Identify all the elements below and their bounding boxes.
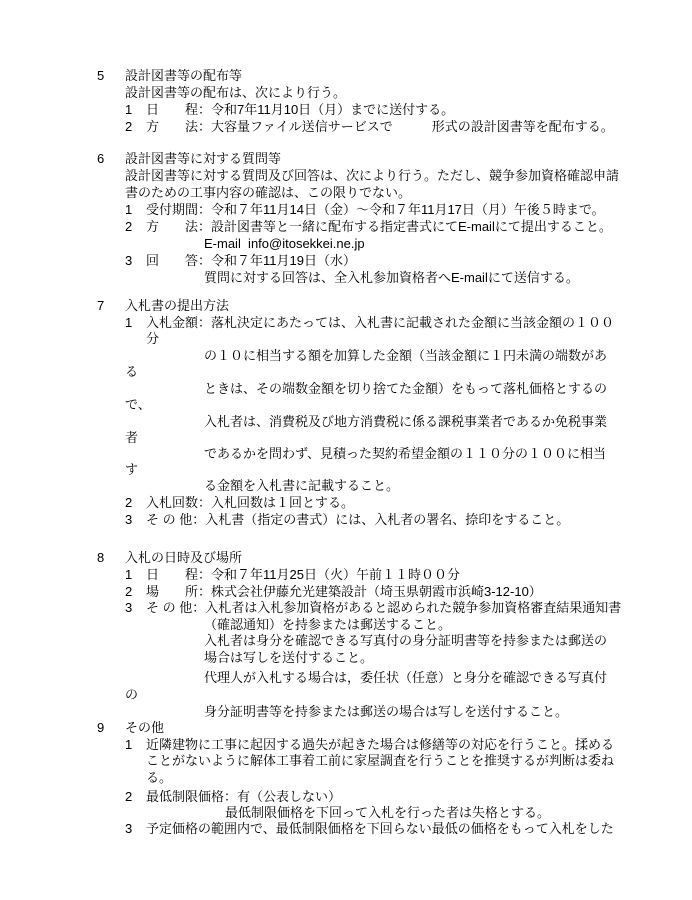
document-line: の１０に相当する額を加算した金額（当該金額に１円未満の端数があ (0, 348, 692, 365)
text-segment: 方 法：大容量ファイル送信サービスで 形式の設計図書等を配布する。 (146, 119, 614, 135)
text-segment: そ の 他：入札書（指定の書式）には、入札者の署名、捺印をすること。 (146, 512, 569, 528)
document-line: る (0, 364, 692, 381)
text-segment: 7 (97, 298, 104, 314)
document-line: 1日 程：令和7年11月10日（月）までに送付する。 (0, 102, 692, 119)
document-line: 設計図書等に対する質問及び回答は、次により行う。ただし、競争参加資格確認申請 (0, 168, 692, 185)
document-line: 書のための工事内容の確認は、この限りでない。 (0, 185, 692, 202)
document-line: （確認通知）を持参または郵送すること。 (0, 617, 692, 634)
document-line: 7入札書の提出方法 (0, 298, 692, 315)
document-line: 分 (0, 331, 692, 348)
text-segment: であるかを問わず、見積った契約希望金額の１１０分の１００に相当 (204, 446, 606, 462)
document-line: 入札者は身分を確認できる写真付の身分証明書等を持参または郵送の (0, 633, 692, 650)
text-segment: 3 (125, 600, 132, 616)
text-segment: 8 (97, 550, 104, 566)
document-line: 2入札回数：入札回数は１回とする。 (0, 495, 692, 512)
text-segment: 場合は写しを送付すること。 (204, 650, 373, 666)
document-line: 3回 答：令和７年11月19日（水） (0, 253, 692, 270)
text-segment: で、 (125, 397, 151, 413)
document-line: ときは、その端数金額を切り捨てた金額）をもって落札価格とするの (0, 381, 692, 398)
text-segment: の (125, 687, 138, 703)
text-segment: 3 (125, 512, 132, 528)
text-segment: 6 (97, 151, 104, 167)
text-segment: 9 (97, 720, 104, 736)
text-segment: 設計図書等の配布は、次により行う。 (125, 85, 346, 101)
document-line: 1受付期間：令和７年11月14日（金）～令和７年11月17日（月）午後５時まで。 (0, 202, 692, 219)
text-segment: 書のための工事内容の確認は、この限りでない。 (125, 185, 411, 201)
text-segment: E-mail info@itosekkei.ne.jp (204, 236, 365, 252)
text-segment: 2 (125, 584, 132, 600)
document-line: 2方 法：大容量ファイル送信サービスで 形式の設計図書等を配布する。 (0, 119, 692, 136)
text-segment: す (125, 462, 138, 478)
text-segment: 近隣建物に工事に起因する過失が起きた場合は修繕等の対応を行うこと。揉める (146, 737, 614, 753)
document-page: 5設計図書等の配布等設計図書等の配布は、次により行う。1日 程：令和7年11月1… (0, 0, 692, 900)
text-segment: 入札回数：入札回数は１回とする。 (146, 495, 354, 511)
document-line: 最低制限価格を下回って入札を行った者は失格とする。 (0, 805, 692, 822)
text-segment: 設計図書等の配布等 (125, 68, 242, 84)
document-line: E-mail info@itosekkei.ne.jp (0, 236, 692, 253)
document-line: 1日 程：令和７年11月25日（火）午前１１時００分 (0, 567, 692, 584)
text-segment: 2 (125, 119, 132, 135)
document-line: 8入札の日時及び場所 (0, 550, 692, 567)
text-segment: ことがないように解体工事着工前に家屋調査を行うことを推奨するが判断は委ね (146, 753, 614, 769)
document-line: 設計図書等の配布は、次により行う。 (0, 85, 692, 102)
text-segment: 設計図書等に対する質問及び回答は、次により行う。ただし、競争参加資格確認申請 (125, 168, 619, 184)
document-line: 1近隣建物に工事に起因する過失が起きた場合は修繕等の対応を行うこと。揉める (0, 737, 692, 754)
document-line: で、 (0, 397, 692, 414)
document-line: ことがないように解体工事着工前に家屋調査を行うことを推奨するが判断は委ね (0, 753, 692, 770)
document-line: の (0, 687, 692, 704)
document-line: 3予定価格の範囲内で、最低制限価格を下回らない最低の価格をもって入札をした (0, 821, 692, 838)
text-segment: 1 (125, 102, 132, 118)
text-segment: 1 (125, 202, 132, 218)
text-segment: 予定価格の範囲内で、最低制限価格を下回らない最低の価格をもって入札をした (146, 821, 614, 837)
document-line: 代理人が入札する場合は，委任状（任意）と身分を確認できる写真付 (0, 670, 692, 687)
document-line: 5設計図書等の配布等 (0, 68, 692, 85)
text-segment: る金額を入札書に記載すること。 (204, 478, 399, 494)
text-segment: 日 程：令和７年11月25日（火）午前１１時００分 (146, 567, 460, 583)
text-segment: の１０に相当する額を加算した金額（当該金額に１円未満の端数があ (204, 348, 607, 364)
text-segment: そ の 他：入札者は入札参加資格があると認められた競争参加資格審査結果通知書 (146, 600, 621, 616)
text-segment: 代理人が入札する場合は，委任状（任意）と身分を確認できる写真付 (204, 670, 607, 686)
text-segment: 5 (97, 68, 104, 84)
text-segment: 質問に対する回答は、全入札参加資格者へE-mailにて送信する。 (204, 270, 579, 286)
text-segment: 日 程：令和7年11月10日（月）までに送付する。 (146, 102, 454, 118)
text-segment: ときは、その端数金額を切り捨てた金額）をもって落札価格とするの (204, 381, 607, 397)
text-segment: 方 法：設計図書等と一緒に配布する指定書式にてE-mailにて提出すること。 (146, 219, 612, 235)
text-segment: 2 (125, 219, 132, 235)
text-segment: 分 (146, 331, 159, 347)
text-segment: 入札書の提出方法 (125, 298, 229, 314)
text-segment: その他 (125, 720, 164, 736)
text-segment: 最低制限価格を下回って入札を行った者は失格とする。 (225, 805, 550, 821)
text-segment: 入札金額：落札決定にあたっては、入札書に記載された金額に当該金額の１００ (146, 315, 614, 331)
text-segment: 3 (125, 821, 132, 837)
text-segment: 受付期間：令和７年11月14日（金）～令和７年11月17日（月）午後５時まで。 (146, 202, 605, 218)
document-line: 場合は写しを送付すること。 (0, 650, 692, 667)
text-segment: 入札者は、消費税及び地方消費税に係る課税事業者であるか免税事業 (204, 414, 607, 430)
text-segment: （確認通知）を持参または郵送すること。 (204, 617, 451, 633)
document-line: 2最低制限価格：有（公表しない） (0, 789, 692, 806)
document-line: 6設計図書等に対する質問等 (0, 151, 692, 168)
text-segment: 回 答：令和７年11月19日（水） (146, 253, 356, 269)
document-line: す (0, 462, 692, 479)
document-line: 質問に対する回答は、全入札参加資格者へE-mailにて送信する。 (0, 270, 692, 287)
text-segment: 最低制限価格：有（公表しない） (146, 789, 341, 805)
text-segment: 入札の日時及び場所 (125, 550, 242, 566)
text-segment: 者 (125, 430, 138, 446)
document-line: 3そ の 他：入札者は入札参加資格があると認められた競争参加資格審査結果通知書 (0, 600, 692, 617)
text-segment: 1 (125, 737, 132, 753)
document-line: 者 (0, 430, 692, 447)
text-segment: 3 (125, 253, 132, 269)
document-line: 9その他 (0, 720, 692, 737)
document-line: 3そ の 他：入札書（指定の書式）には、入札者の署名、捺印をすること。 (0, 512, 692, 529)
document-line: 入札者は、消費税及び地方消費税に係る課税事業者であるか免税事業 (0, 414, 692, 431)
text-segment: 1 (125, 315, 132, 331)
text-segment: 1 (125, 567, 132, 583)
document-line: る。 (0, 770, 692, 787)
document-line: る金額を入札書に記載すること。 (0, 478, 692, 495)
document-line: であるかを問わず、見積った契約希望金額の１１０分の１００に相当 (0, 446, 692, 463)
text-segment: る。 (146, 770, 172, 786)
text-segment: 2 (125, 495, 132, 511)
text-segment: 設計図書等に対する質問等 (125, 151, 281, 167)
text-segment: る (125, 364, 138, 380)
document-line: 2方 法：設計図書等と一緒に配布する指定書式にてE-mailにて提出すること。 (0, 219, 692, 236)
document-line: 2場 所：株式会社伊藤允光建築設計（埼玉県朝霞市浜崎3-12-10） (0, 584, 692, 601)
text-segment: 2 (125, 789, 132, 805)
text-segment: 入札者は身分を確認できる写真付の身分証明書等を持参または郵送の (204, 633, 607, 649)
text-segment: 場 所：株式会社伊藤允光建築設計（埼玉県朝霞市浜崎3-12-10） (146, 584, 542, 600)
document-line: 1入札金額：落札決定にあたっては、入札書に記載された金額に当該金額の１００ (0, 315, 692, 332)
document-line: 身分証明書等を持参または郵送の場合は写しを送付すること。 (0, 704, 692, 721)
text-segment: 身分証明書等を持参または郵送の場合は写しを送付すること。 (204, 704, 568, 720)
